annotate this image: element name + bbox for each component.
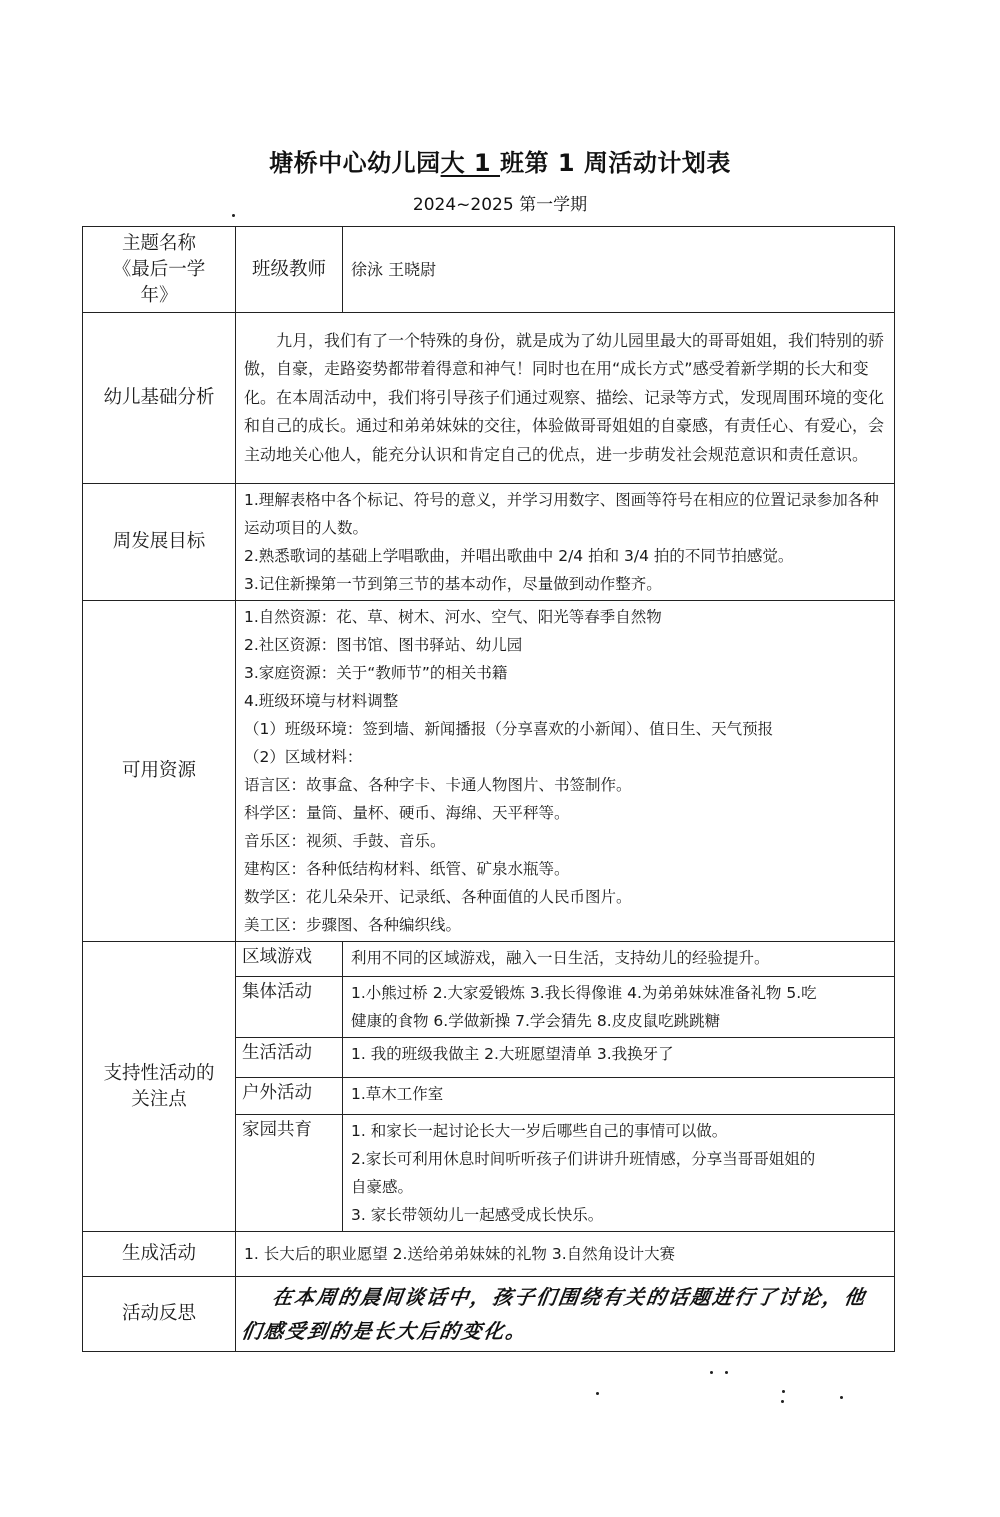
support-sub-value: 1.小熊过桥 2.大家爱锻炼 3.我长得像谁 4.为弟弟妹妹准备礼物 5.吃 健… (343, 977, 895, 1038)
support-sub-label: 家园共育 (236, 1115, 343, 1232)
reflection-row: 活动反思 在本周的晨间谈话中，孩子们围绕有关的话题进行了讨论，他 们感受到的是长… (83, 1277, 895, 1352)
resource-item: 美工区：步骤图、各种编织线。 (244, 911, 886, 939)
teacher-label: 班级教师 (236, 227, 343, 313)
reflection-cell: 在本周的晨间谈话中，孩子们围绕有关的话题进行了讨论，他 们感受到的是长大后的变化… (236, 1277, 895, 1352)
analysis-text: 九月，我们有了一个特殊的身份，就是成为了幼儿园里最大的哥哥姐姐，我们特别的骄傲，… (244, 327, 886, 470)
teacher-names: 徐泳 王晓尉 (343, 227, 895, 313)
support-line: 1. 和家长一起讨论长大一岁后哪些自己的事情可以做。 (351, 1117, 886, 1145)
handwriting-line: 在本周的晨间谈话中，孩子们围绕有关的话题进行了讨论，他 (244, 1280, 891, 1314)
analysis-row: 幼儿基础分析 九月，我们有了一个特殊的身份，就是成为了幼儿园里最大的哥哥姐姐，我… (83, 313, 895, 484)
support-line: 利用不同的区域游戏，融入一日生活，支持幼儿的经验提升。 (351, 944, 886, 972)
scan-speck (710, 1371, 713, 1374)
support-line: 1.草木工作室 (351, 1080, 886, 1108)
goals-label: 周发展目标 (83, 484, 236, 601)
goal-item: 2.熟悉歌词的基础上学唱歌曲，并唱出歌曲中 2/4 拍和 3/4 拍的不同节拍感… (244, 542, 886, 570)
support-line: 健康的食物 6.学做新操 7.学会猜先 8.皮皮鼠吃跳跳糖 (351, 1007, 886, 1035)
support-label-cell: 支持性活动的 关注点 (83, 942, 236, 1232)
theme-label-cell: 主题名称 《最后一学 年》 (83, 227, 236, 313)
analysis-cell: 九月，我们有了一个特殊的身份，就是成为了幼儿园里最大的哥哥姐姐，我们特别的骄傲，… (236, 313, 895, 484)
theme-row: 主题名称 《最后一学 年》 班级教师 徐泳 王晓尉 (83, 227, 895, 313)
resource-item: 2.社区资源：图书馆、图书驿站、幼儿园 (244, 631, 886, 659)
resource-item: 科学区：量筒、量杯、硬币、海绵、天平秤等。 (244, 799, 886, 827)
resource-item: 语言区：故事盒、各种字卡、卡通人物图片、书签制作。 (244, 771, 886, 799)
scan-speck (782, 1390, 785, 1393)
support-sub-label: 生活活动 (236, 1038, 343, 1078)
scan-speck (725, 1371, 728, 1374)
support-sub-value: 1. 我的班级我做主 2.大班愿望清单 3.我换牙了 (343, 1038, 895, 1078)
scan-speck (596, 1392, 599, 1395)
scan-speck (840, 1396, 843, 1399)
goals-cell: 1.理解表格中各个标记、符号的意义，并学习用数字、图画等符号在相应的位置记录参加… (236, 484, 895, 601)
support-sub-value: 1.草木工作室 (343, 1078, 895, 1115)
support-label-line: 关注点 (83, 1087, 235, 1113)
support-sub-value: 1. 和家长一起讨论长大一岁后哪些自己的事情可以做。 2.家长可利用休息时间听听… (343, 1115, 895, 1232)
support-label-line: 支持性活动的 (83, 1061, 235, 1087)
resources-label: 可用资源 (83, 601, 236, 942)
resource-item: 1.自然资源：花、草、树木、河水、空气、阳光等春季自然物 (244, 603, 886, 631)
resource-item: 4.班级环境与材料调整 (244, 687, 886, 715)
support-line: 1.小熊过桥 2.大家爱锻炼 3.我长得像谁 4.为弟弟妹妹准备礼物 5.吃 (351, 979, 886, 1007)
activity-plan-table: 主题名称 《最后一学 年》 班级教师 徐泳 王晓尉 幼儿基础分析 九月，我们有了… (82, 226, 895, 1352)
analysis-label: 幼儿基础分析 (83, 313, 236, 484)
generated-row: 生成活动 1. 长大后的职业愿望 2.送给弟弟妹妹的礼物 3.自然角设计大赛 (83, 1232, 895, 1277)
goal-item: 1.理解表格中各个标记、符号的意义，并学习用数字、图画等符号在相应的位置记录参加… (244, 486, 886, 542)
theme-label-line: 年》 (83, 283, 235, 309)
theme-label-line: 《最后一学 (83, 257, 235, 283)
title-school: 塘桥中心幼儿园 (269, 149, 441, 177)
reflection-label: 活动反思 (83, 1277, 236, 1352)
support-line: 自豪感。 (351, 1173, 886, 1201)
scan-speck (232, 214, 235, 217)
support-line: 2.家长可利用休息时间听听孩子们讲讲升班情感，分享当哥哥姐姐的 (351, 1145, 886, 1173)
resource-item: （1）班级环境：签到墙、新闻播报（分享喜欢的小新闻）、值日生、天气预报 (244, 715, 886, 743)
resource-item: 3.家庭资源：关于“教师节”的相关书籍 (244, 659, 886, 687)
handwriting-line: 们感受到的是长大后的变化。 (239, 1314, 886, 1348)
support-row-area-games: 支持性活动的 关注点 区域游戏 利用不同的区域游戏，融入一日生活，支持幼儿的经验… (83, 942, 895, 977)
support-line: 3. 家长带领幼儿一起感受成长快乐。 (351, 1201, 886, 1229)
support-sub-value: 利用不同的区域游戏，融入一日生活，支持幼儿的经验提升。 (343, 942, 895, 977)
support-sub-label: 户外活动 (236, 1078, 343, 1115)
support-sub-label: 集体活动 (236, 977, 343, 1038)
page-title: 塘桥中心幼儿园大 1 班第 1 周活动计划表 (0, 143, 1000, 178)
title-suffix: 班第 1 周活动计划表 (500, 149, 731, 177)
reflection-handwriting: 在本周的晨间谈话中，孩子们围绕有关的话题进行了讨论，他 们感受到的是长大后的变化… (239, 1280, 891, 1348)
generated-label: 生成活动 (83, 1232, 236, 1277)
goal-item: 3.记住新操第一节到第三节的基本动作，尽量做到动作整齐。 (244, 570, 886, 598)
resource-item: 音乐区：视须、手鼓、音乐。 (244, 827, 886, 855)
title-class: 大 1 (441, 149, 500, 177)
resources-row: 可用资源 1.自然资源：花、草、树木、河水、空气、阳光等春季自然物 2.社区资源… (83, 601, 895, 942)
resource-item: （2）区域材料： (244, 743, 886, 771)
term-subtitle: 2024~2025 第一学期 (0, 190, 1000, 215)
scan-speck (781, 1400, 784, 1403)
support-sub-label: 区域游戏 (236, 942, 343, 977)
resource-item: 数学区：花儿朵朵开、记录纸、各种面值的人民币图片。 (244, 883, 886, 911)
support-line: 1. 我的班级我做主 2.大班愿望清单 3.我换牙了 (351, 1040, 886, 1068)
resources-cell: 1.自然资源：花、草、树木、河水、空气、阳光等春季自然物 2.社区资源：图书馆、… (236, 601, 895, 942)
theme-label-line: 主题名称 (83, 231, 235, 257)
resource-item: 建构区：各种低结构材料、纸管、矿泉水瓶等。 (244, 855, 886, 883)
goals-row: 周发展目标 1.理解表格中各个标记、符号的意义，并学习用数字、图画等符号在相应的… (83, 484, 895, 601)
generated-text: 1. 长大后的职业愿望 2.送给弟弟妹妹的礼物 3.自然角设计大赛 (236, 1232, 895, 1277)
